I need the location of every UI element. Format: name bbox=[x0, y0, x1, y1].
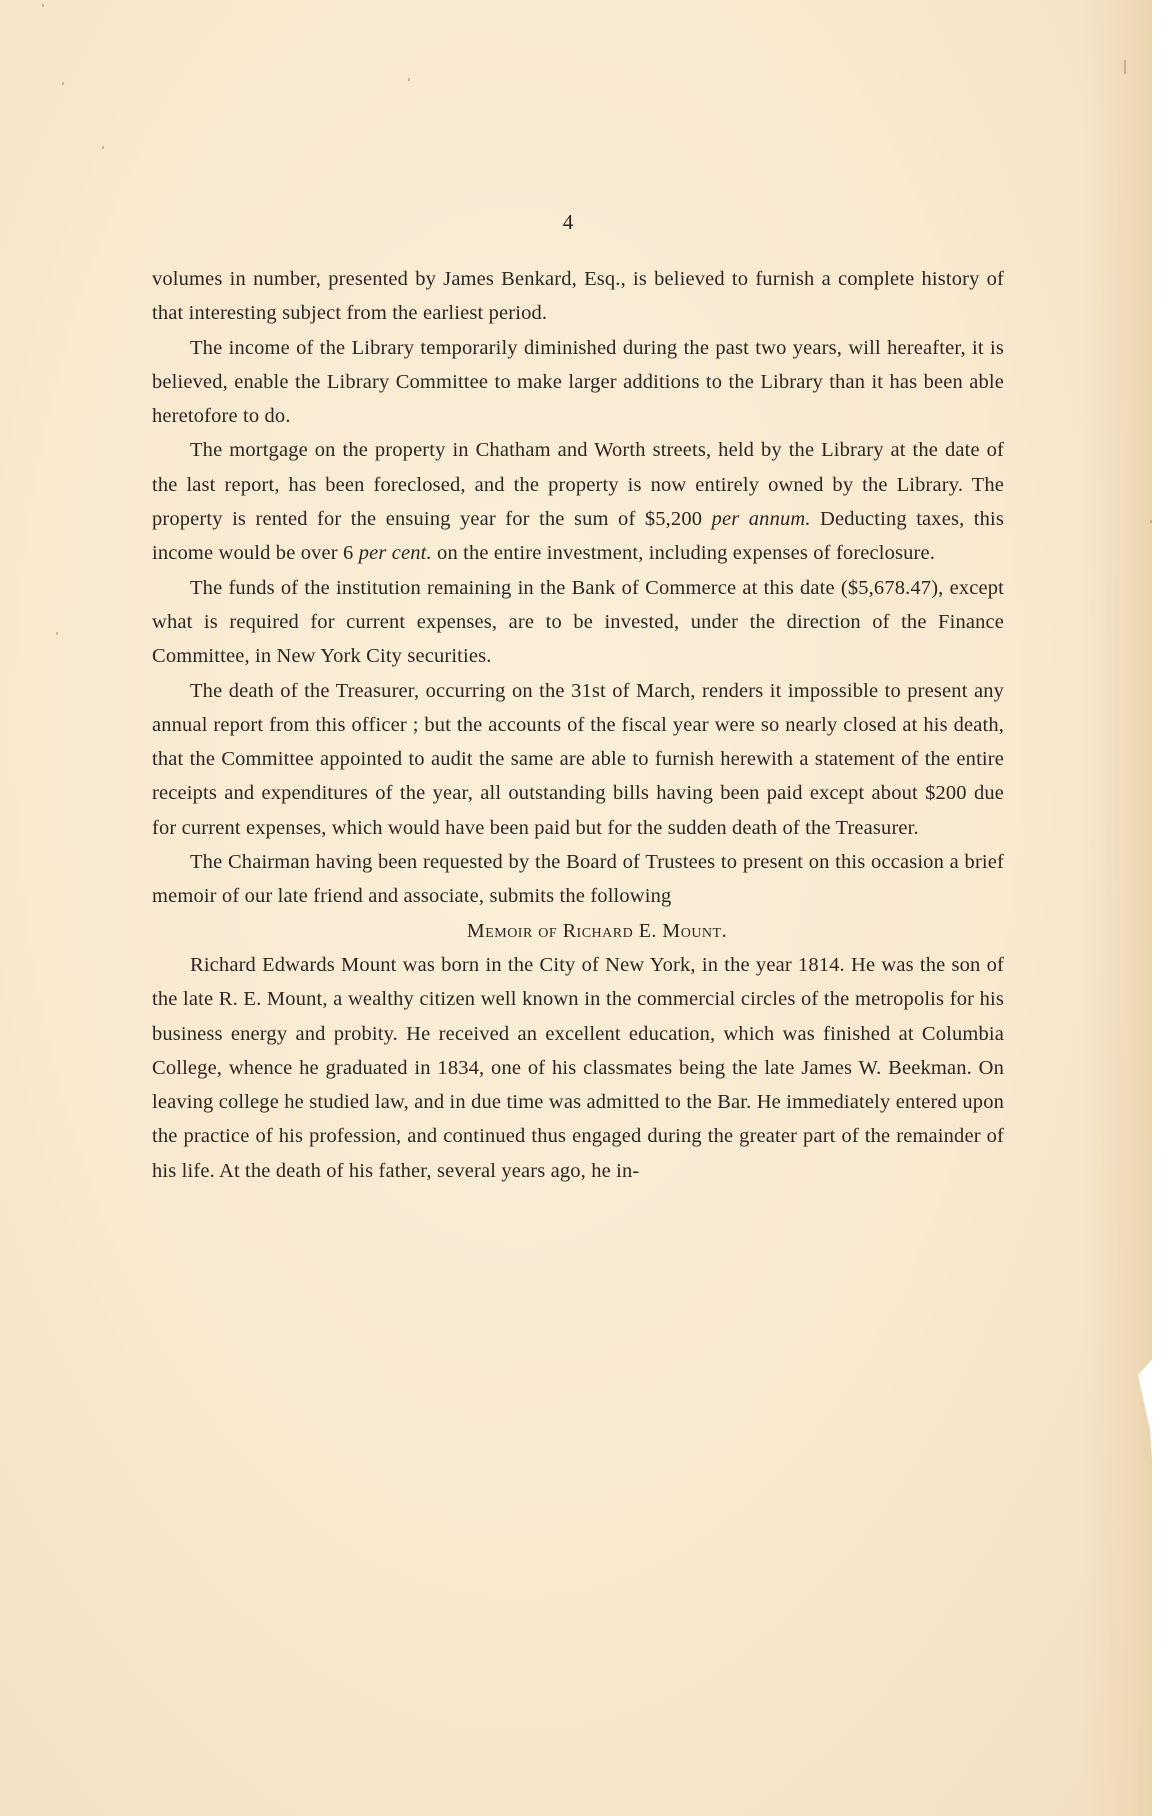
paragraph-volumes-continued: volumes in number, presented by James Be… bbox=[152, 262, 1004, 331]
mortgage-text-e: on the entire investment, including expe… bbox=[432, 542, 935, 564]
mortgage-italic-per-annum: per annum. bbox=[712, 508, 811, 530]
page-number: 4 bbox=[0, 210, 1136, 235]
body-text: volumes in number, presented by James Be… bbox=[152, 262, 1004, 1188]
paper-speck bbox=[56, 632, 58, 635]
paragraph-memoir-biography: Richard Edwards Mount was born in the Ci… bbox=[152, 948, 1004, 1188]
paper-speck bbox=[1124, 60, 1126, 74]
paragraph-chairman: The Chairman having been requested by th… bbox=[152, 845, 1004, 914]
scanned-page: 4 volumes in number, presented by James … bbox=[0, 0, 1152, 1816]
memoir-heading: Memoir of Richard E. Mount. bbox=[152, 914, 1004, 948]
paragraph-library-income: The income of the Library temporarily di… bbox=[152, 331, 1004, 434]
paragraph-funds: The funds of the institution remaining i… bbox=[152, 571, 1004, 674]
page-edge-shadow bbox=[1082, 0, 1152, 1816]
paragraph-treasurer-death: The death of the Treasurer, occurring on… bbox=[152, 674, 1004, 845]
mortgage-italic-per-cent: per cent. bbox=[359, 542, 432, 564]
paper-speck bbox=[408, 78, 410, 81]
paper-speck bbox=[102, 146, 104, 149]
paragraph-mortgage: The mortgage on the property in Chatham … bbox=[152, 433, 1004, 570]
paper-speck bbox=[62, 82, 64, 85]
paper-speck bbox=[42, 4, 44, 7]
